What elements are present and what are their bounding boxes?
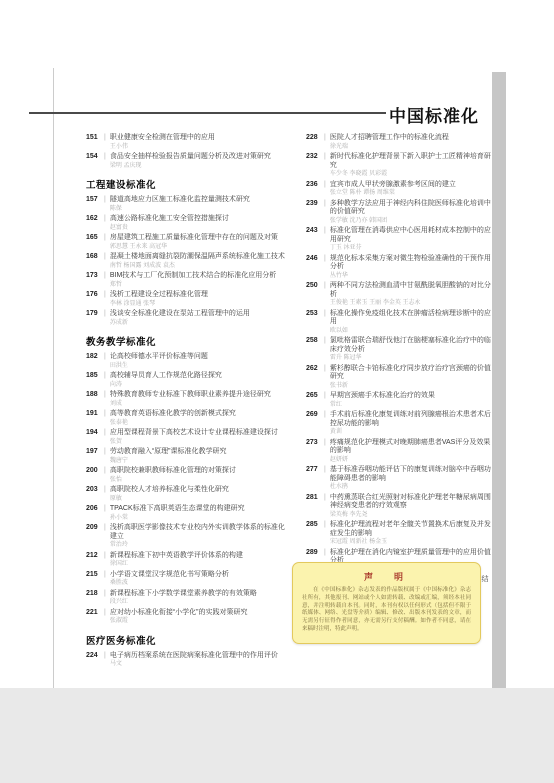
toc-item-title: 标准化护理流程对老年全髋关节置换术后康复及并发症发生的影响 (330, 521, 492, 538)
toc-item-body: 手术前后标准化康复训练对前列腺癌根治术患者术后控尿功能的影响 黄训 (330, 411, 492, 437)
toc-item-body: 紫杉醇联合卡铂标准化疗同步放疗治疗宫颈癌的价值研究 张书新 (330, 365, 492, 391)
toc-item-body: 小学语文课堂汉字规范化书写策略分析 桑胜波 (110, 571, 288, 588)
toc-item-title: 劳动教育融入“原理”课标准化教学研究 (110, 448, 288, 457)
toc-item-number: 243 (306, 227, 322, 253)
toc-item-title: 手术前后标准化康复训练对前列腺癌根治术患者术后控尿功能的影响 (330, 411, 492, 428)
toc-item: 262 | 紫杉醇联合卡铂标准化疗同步放疗治疗宫颈癌的价值研究 张书新 (306, 365, 492, 391)
toc-item-authors: 赵富贵 (110, 225, 288, 233)
journal-masthead: 中国标准化 (389, 102, 489, 127)
toc-item-authors: 赵妍妍 (330, 457, 492, 465)
toc-item-title: 应用型课程背景下高校艺术设计专业课程标准建设探讨 (110, 429, 288, 438)
toc-item-divider: | (104, 196, 106, 213)
toc-item-body: 论高校师德水平评价标准等问题 田洪生 (110, 353, 288, 370)
toc-item-title: 新课程标准下小学数学课堂素养教学的有效策略 (110, 590, 288, 599)
toc-item-number: 185 (86, 372, 102, 389)
toc-item-body: 高校辅导员育人工作规范化路径探究 向涛 (110, 372, 288, 389)
toc-item-body: 医院人才招聘管理工作中的标准化流程 徐光瑞 (330, 134, 492, 151)
toc-item-body: 疼痛规范化护理模式对晚期肺癌患者VAS评分及效果的影响 赵妍妍 (330, 439, 492, 465)
toc-item-number: 218 (86, 590, 102, 607)
toc-item-number: 188 (86, 391, 102, 408)
toc-item-authors: 张书新 (330, 383, 492, 391)
toc-item: 194 | 应用型课程背景下高校艺术设计专业课程标准建设探讨 张贺 (86, 429, 288, 446)
toc-item: 221 | 应对幼小标准化衔接“小学化”的实践对策研究 张淑霞 (86, 609, 288, 626)
toc-item-title: 标准化操作免疫组化技术在肿瘤活检病理诊断中的应用 (330, 310, 492, 327)
toc-item-body: 应对幼小标准化衔接“小学化”的实践对策研究 张淑霞 (110, 609, 288, 626)
toc-item-body: 浅析高职医学影像技术专业校内外实训教学体系的标准化建立 常治玲 (110, 524, 288, 550)
toc-item-title: 浅谈安全标准化建设在泵站工程管理中的运用 (110, 310, 288, 319)
toc-item: 162 | 高速公路标准化施工安全管控措施探讨 赵富贵 (86, 215, 288, 232)
toc-item-divider: | (104, 253, 106, 270)
toc-item: 197 | 劳动教育融入“原理”课标准化教学研究 魏唐宁 (86, 448, 288, 465)
toc-item-authors: 孙小棠 (110, 515, 288, 523)
toc-item-authors: 徐国红 (110, 561, 288, 569)
toc-item-title: 隧道高地应力区施工标准化监控量测技术研究 (110, 196, 288, 205)
toc-item-title: 标准化管理在消毒供应中心医用耗材成本控制中的应用研究 (330, 227, 492, 244)
toc-column-right: 228 | 医院人才招聘管理工作中的标准化流程 徐光瑞 232 | 新时代标准化… (306, 134, 492, 623)
toc-item: 228 | 医院人才招聘管理工作中的标准化流程 徐光瑞 (306, 134, 492, 151)
toc-item-title: 高速公路标准化施工安全管控措施探讨 (110, 215, 288, 224)
toc-item-divider: | (324, 466, 326, 492)
toc-item-authors: 向涛 (110, 382, 288, 390)
toc-item-number: 182 (86, 353, 102, 370)
toc-item-number: 258 (306, 337, 322, 363)
toc-item-authors: 张贺 (110, 439, 288, 447)
toc-item: 224 | 电子病历档案系统在医院病案标准化管理中的作用评价 马文 (86, 652, 288, 669)
toc-item: 218 | 新课程标准下小学数学课堂素养教学的有效策略 段兴红 (86, 590, 288, 607)
toc-item-authors: 常治玲 (110, 542, 288, 550)
toc-item-authors: 徐光瑞 (330, 144, 492, 152)
toc-item-title: 高职院校人才培养标准化与柔性化研究 (110, 486, 288, 495)
toc-item: 273 | 疼痛规范化护理模式对晚期肺癌患者VAS评分及效果的影响 赵妍妍 (306, 439, 492, 465)
journal-toc-page: 中国标准化 151 | 职业健康安全检测在管理中的应用 王小伟 154 | 食品… (0, 0, 554, 783)
toc-item: 206 | TPACK标准下高职英语生态课堂的构建研究 孙小棠 (86, 505, 288, 522)
toc-item-body: 标准化护理流程对老年全髋关节置换术后康复及并发症发生的影响 宋冠霞 周新社 杨金… (330, 521, 492, 547)
toc-item: 243 | 标准化管理在消毒供应中心医用耗材成本控制中的应用研究 丁玉 沐亚芬 (306, 227, 492, 253)
toc-item-authors: 张学敏 沈乃亦 韩国团 (330, 218, 492, 226)
toc-item-title: 新时代标准化护理背景下新入职护士工匠精神培育研究 (330, 153, 492, 170)
toc-item-authors: 李林 涂显通 张琴 (110, 301, 288, 309)
toc-item-title: 食品安全抽样检验报告质量问题分析及改进对策研究 (110, 153, 288, 162)
toc-item-divider: | (104, 505, 106, 522)
toc-item-divider: | (104, 410, 106, 427)
toc-item: 185 | 高校辅导员育人工作规范化路径探究 向涛 (86, 372, 288, 389)
toc-item-authors: 车少冬 李晓霞 贝彩霞 (330, 171, 492, 179)
toc-item-number: 269 (306, 411, 322, 437)
toc-item-number: 224 (86, 652, 102, 669)
toc-item-divider: | (104, 310, 106, 327)
toc-item-title: BIM技术与工厂化预制加工技术结合的标准化应用分析 (110, 272, 288, 281)
toc-item: 176 | 浅析工程建设全过程标准化管理 李林 涂显通 张琴 (86, 291, 288, 308)
copyright-statement-box: 声 明 在《中国标准化》杂志发表的作品版权属于《中国标准化》杂志社所有，其他报刊… (292, 562, 481, 644)
toc-item-divider: | (324, 282, 326, 308)
toc-item-body: 两种不同方法检测血清中甘氨酰脱氧胆酸钠的对比分析 王俊艳 王素玉 王丽 李金英 … (330, 282, 492, 308)
toc-item: 154 | 食品安全抽样检验报告质量问题分析及改进对策研究 梁明 孟庆现 (86, 153, 288, 170)
toc-item-title: 氯吡格雷联合瑞舒伐他汀在脑梗塞标准化治疗中的临床疗效分析 (330, 337, 492, 354)
toc-item: 165 | 房屋建筑工程施工质量标准化管理中存在的问题及对策 郭思慧 王永来 高… (86, 234, 288, 251)
toc-item-body: 新时代标准化护理背景下新入职护士工匠精神培育研究 车少冬 李晓霞 贝彩霞 (330, 153, 492, 179)
toc-item-number: 162 (86, 215, 102, 232)
toc-item-title: 职业健康安全检测在管理中的应用 (110, 134, 288, 143)
toc-item-body: 高速公路标准化施工安全管控措施探讨 赵富贵 (110, 215, 288, 232)
toc-item-number: 176 (86, 291, 102, 308)
toc-item-body: 高职院校人才培养标准化与柔性化研究 原敏 (110, 486, 288, 503)
toc-item: 182 | 论高校师德水平评价标准等问题 田洪生 (86, 353, 288, 370)
toc-item: 200 | 高职院校兼职教师标准化管理的对策探讨 张怡 (86, 467, 288, 484)
toc-item-title: 宜宾市成人甲状旁腺激素参考区间的建立 (330, 181, 492, 190)
toc-item-divider: | (324, 134, 326, 151)
toc-item-authors: 马文 (110, 661, 288, 669)
toc-item-divider: | (324, 411, 326, 437)
toc-item-authors: 张怡 (110, 477, 288, 485)
toc-item: 215 | 小学语文课堂汉字规范化书写策略分析 桑胜波 (86, 571, 288, 588)
toc-item-title: 紫杉醇联合卡铂标准化疗同步放疗治疗宫颈癌的价值研究 (330, 365, 492, 382)
toc-item-divider: | (104, 429, 106, 446)
toc-item-authors: 桑胜波 (110, 580, 288, 588)
toc-item-title: 早期宫颈癌手术标准化治疗的效果 (330, 392, 492, 401)
toc-item-number: 179 (86, 310, 102, 327)
toc-item-divider: | (104, 215, 106, 232)
toc-item-number: 253 (306, 310, 322, 336)
toc-item-number: 209 (86, 524, 102, 550)
toc-item-authors: 郭思慧 王永来 高冠华 (110, 244, 288, 252)
toc-item-number: 281 (306, 494, 322, 520)
toc-item-title: 浅析工程建设全过程标准化管理 (110, 291, 288, 300)
toc-item-number: 197 (86, 448, 102, 465)
toc-item-divider: | (324, 392, 326, 409)
toc-item-divider: | (324, 181, 326, 198)
toc-item: 239 | 多种教学方法应用于神经内科住院医师标准化培训中的价值研究 张学敏 沈… (306, 200, 492, 226)
toc-item-number: 194 (86, 429, 102, 446)
toc-item-number: 236 (306, 181, 322, 198)
toc-item-body: 高职院校兼职教师标准化管理的对策探讨 张怡 (110, 467, 288, 484)
toc-item-divider: | (104, 153, 106, 170)
toc-item-authors: 丁玉 沐亚芬 (330, 245, 492, 253)
toc-item-number: 262 (306, 365, 322, 391)
toc-item-number: 165 (86, 234, 102, 251)
toc-item-body: 中药熏蒸联合红光照射对标准化护理老年糖尿病周围神经病变患者的疗效观察 梁英梅 李… (330, 494, 492, 520)
toc-item: 203 | 高职院校人才培养标准化与柔性化研究 原敏 (86, 486, 288, 503)
toc-item: 188 | 特殊教育教师专业标准下教师职业素养提升途径研究 刘成 (86, 391, 288, 408)
toc-item-number: 232 (306, 153, 322, 179)
toc-item-title: 房屋建筑工程施工质量标准化管理中存在的问题及对策 (110, 234, 288, 243)
toc-item-title: 基于标准吞咽功能评估下的康复训练对脑卒中吞咽功能障碍患者的影响 (330, 466, 492, 483)
toc-item-body: 混凝土楼地面离缝抗裂防潮保温隔声系统标准化施工技术 南哲 杨国露 刘成波 袁杰 (110, 253, 288, 270)
toc-item-body: 浅谈安全标准化建设在泵站工程管理中的运用 苏成新 (110, 310, 288, 327)
toc-item: 157 | 隧道高地应力区施工标准化监控量测技术研究 陈保 (86, 196, 288, 213)
toc-item-title: 浅析高职医学影像技术专业校内外实训教学体系的标准化建立 (110, 524, 288, 541)
toc-item-divider: | (104, 486, 106, 503)
toc-item-divider: | (324, 310, 326, 336)
toc-item-title: 中药熏蒸联合红光照射对标准化护理老年糖尿病周围神经病变患者的疗效观察 (330, 494, 492, 511)
toc-item-number: 173 (86, 272, 102, 289)
toc-item-body: 早期宫颈癌手术标准化治疗的效果 常红 (330, 392, 492, 409)
toc-item-number: 154 (86, 153, 102, 170)
statement-title: 声 明 (302, 570, 471, 583)
toc-item: 191 | 高等教育英语标准化教学的创新模式探究 张泰艳 (86, 410, 288, 427)
toc-item-authors: 刘成 (110, 401, 288, 409)
toc-item-title: 电子病历档案系统在医院病案标准化管理中的作用评价 (110, 652, 288, 661)
toc-item-authors: 王小伟 (110, 144, 288, 152)
toc-item-divider: | (104, 448, 106, 465)
toc-item-number: 203 (86, 486, 102, 503)
toc-item-divider: | (324, 153, 326, 179)
toc-item-divider: | (104, 609, 106, 626)
toc-item-title: 多种教学方法应用于神经内科住院医师标准化培训中的价值研究 (330, 200, 492, 217)
toc-item-body: 应用型课程背景下高校艺术设计专业课程标准建设探讨 张贺 (110, 429, 288, 446)
toc-item-body: 规范化标本采集方案对微生物检验准确性的干预作用分析 丛竹华 (330, 255, 492, 281)
toc-item-body: BIM技术与工厂化预制加工技术结合的标准化应用分析 郑哲 (110, 272, 288, 289)
toc-item-divider: | (324, 521, 326, 547)
toc-item: 168 | 混凝土楼地面离缝抗裂防潮保温隔声系统标准化施工技术 南哲 杨国露 刘… (86, 253, 288, 270)
toc-item-title: 高职院校兼职教师标准化管理的对策探讨 (110, 467, 288, 476)
toc-item-number: 206 (86, 505, 102, 522)
toc-item: 232 | 新时代标准化护理背景下新入职护士工匠精神培育研究 车少冬 李晓霞 贝… (306, 153, 492, 179)
toc-item-authors: 黄训 (330, 429, 492, 437)
toc-item-body: 浅析工程建设全过程标准化管理 李林 涂显通 张琴 (110, 291, 288, 308)
toc-item-title: TPACK标准下高职英语生态课堂的构建研究 (110, 505, 288, 514)
toc-item-number: 221 (86, 609, 102, 626)
toc-item-divider: | (324, 494, 326, 520)
toc-item-body: TPACK标准下高职英语生态课堂的构建研究 孙小棠 (110, 505, 288, 522)
toc-item: 209 | 浅析高职医学影像技术专业校内外实训教学体系的标准化建立 常治玲 (86, 524, 288, 550)
toc-item-body: 新课程标准下小学数学课堂素养教学的有效策略 段兴红 (110, 590, 288, 607)
toc-item-number: 265 (306, 392, 322, 409)
toc-item-number: 168 (86, 253, 102, 270)
toc-item-divider: | (324, 337, 326, 363)
toc-item-divider: | (104, 372, 106, 389)
toc-item-number: 285 (306, 521, 322, 547)
toc-item-body: 标准化操作免疫组化技术在肿瘤活检病理诊断中的应用 欧以如 (330, 310, 492, 336)
toc-item-divider: | (324, 365, 326, 391)
statement-body: 在《中国标准化》杂志发表的作品版权属于《中国标准化》杂志社所有，其他报刊、网站或… (302, 587, 471, 634)
toc-section-heading: 工程建设标准化 (86, 180, 288, 192)
page-right-edge-bar (492, 72, 506, 688)
toc-item-authors: 田洪生 (110, 363, 288, 371)
toc-item-number: 250 (306, 282, 322, 308)
toc-item-authors: 王俊艳 王素玉 王丽 李金英 王志永 (330, 300, 492, 308)
toc-item-title: 新课程标准下初中英语教学评价体系的构建 (110, 552, 288, 561)
toc-item-body: 特殊教育教师专业标准下教师职业素养提升途径研究 刘成 (110, 391, 288, 408)
toc-item-number: 200 (86, 467, 102, 484)
masthead-rule (29, 112, 386, 114)
toc-item-title: 应对幼小标准化衔接“小学化”的实践对策研究 (110, 609, 288, 618)
toc-section-heading: 教务教学标准化 (86, 337, 288, 349)
toc-item-body: 房屋建筑工程施工质量标准化管理中存在的问题及对策 郭思慧 王永来 高冠华 (110, 234, 288, 251)
toc-item-authors: 郑哲 (110, 282, 288, 290)
toc-item-number: 157 (86, 196, 102, 213)
page-bottom-margin (0, 688, 554, 783)
toc-item-number: 273 (306, 439, 322, 465)
toc-item-authors: 张立堂 陈朴 谭扬 周维棠 (330, 190, 492, 198)
toc-item-number: 239 (306, 200, 322, 226)
toc-item: 277 | 基于标准吞咽功能评估下的康复训练对脑卒中吞咽功能障碍患者的影响 杜水… (306, 466, 492, 492)
toc-item-body: 宜宾市成人甲状旁腺激素参考区间的建立 张立堂 陈朴 谭扬 周维棠 (330, 181, 492, 198)
toc-item-number: 215 (86, 571, 102, 588)
toc-item: 212 | 新课程标准下初中英语教学评价体系的构建 徐国红 (86, 552, 288, 569)
toc-item-body: 职业健康安全检测在管理中的应用 王小伟 (110, 134, 288, 151)
toc-item-body: 高等教育英语标准化教学的创新模式探究 张泰艳 (110, 410, 288, 427)
toc-item-body: 劳动教育融入“原理”课标准化教学研究 魏唐宁 (110, 448, 288, 465)
toc-item-title: 疼痛规范化护理模式对晚期肺癌患者VAS评分及效果的影响 (330, 439, 492, 456)
toc-item-authors: 魏唐宁 (110, 458, 288, 466)
toc-item-number: 277 (306, 466, 322, 492)
toc-item-authors: 南哲 杨国露 刘成波 袁杰 (110, 263, 288, 271)
toc-item: 265 | 早期宫颈癌手术标准化治疗的效果 常红 (306, 392, 492, 409)
toc-item: 173 | BIM技术与工厂化预制加工技术结合的标准化应用分析 郑哲 (86, 272, 288, 289)
toc-item-divider: | (324, 200, 326, 226)
toc-item-body: 基于标准吞咽功能评估下的康复训练对脑卒中吞咽功能障碍患者的影响 杜水鹃 (330, 466, 492, 492)
toc-item-authors: 欧以如 (330, 328, 492, 336)
toc-item-authors: 张泰艳 (110, 420, 288, 428)
toc-item: 258 | 氯吡格雷联合瑞舒伐他汀在脑梗塞标准化治疗中的临床疗效分析 雷升 陈冠… (306, 337, 492, 363)
toc-item-divider: | (324, 439, 326, 465)
toc-item-divider: | (104, 134, 106, 151)
toc-item-title: 医院人才招聘管理工作中的标准化流程 (330, 134, 492, 143)
toc-item-divider: | (104, 467, 106, 484)
toc-column-left: 151 | 职业健康安全检测在管理中的应用 王小伟 154 | 食品安全抽样检验… (86, 134, 288, 671)
toc-item-title: 混凝土楼地面离缝抗裂防潮保温隔声系统标准化施工技术 (110, 253, 288, 262)
toc-item-body: 氯吡格雷联合瑞舒伐他汀在脑梗塞标准化治疗中的临床疗效分析 雷升 陈冠华 (330, 337, 492, 363)
toc-item-divider: | (104, 272, 106, 289)
toc-item-authors: 雷升 陈冠华 (330, 355, 492, 363)
toc-item-number: 212 (86, 552, 102, 569)
toc-item-body: 标准化管理在消毒供应中心医用耗材成本控制中的应用研究 丁玉 沐亚芬 (330, 227, 492, 253)
page-left-edge-line (53, 68, 54, 688)
toc-item-body: 隧道高地应力区施工标准化监控量测技术研究 陈保 (110, 196, 288, 213)
toc-item-number: 191 (86, 410, 102, 427)
toc-item-authors: 张淑霞 (110, 618, 288, 626)
toc-item: 269 | 手术前后标准化康复训练对前列腺癌根治术患者术后控尿功能的影响 黄训 (306, 411, 492, 437)
toc-item-title: 高等教育英语标准化教学的创新模式探究 (110, 410, 288, 419)
toc-item-divider: | (104, 353, 106, 370)
toc-item-divider: | (104, 291, 106, 308)
toc-item-number: 151 (86, 134, 102, 151)
toc-item-title: 论高校师德水平评价标准等问题 (110, 353, 288, 362)
toc-item-body: 多种教学方法应用于神经内科住院医师标准化培训中的价值研究 张学敏 沈乃亦 韩国团 (330, 200, 492, 226)
toc-item-divider: | (104, 590, 106, 607)
toc-item: 281 | 中药熏蒸联合红光照射对标准化护理老年糖尿病周围神经病变患者的疗效观察… (306, 494, 492, 520)
toc-item-title: 规范化标本采集方案对微生物检验准确性的干预作用分析 (330, 255, 492, 272)
toc-item-body: 新课程标准下初中英语教学评价体系的构建 徐国红 (110, 552, 288, 569)
toc-item-title: 两种不同方法检测血清中甘氨酰脱氧胆酸钠的对比分析 (330, 282, 492, 299)
toc-item-divider: | (104, 552, 106, 569)
toc-item-title: 高校辅导员育人工作规范化路径探究 (110, 372, 288, 381)
toc-item-body: 食品安全抽样检验报告质量问题分析及改进对策研究 梁明 孟庆现 (110, 153, 288, 170)
toc-item-divider: | (104, 391, 106, 408)
toc-item-authors: 苏成新 (110, 320, 288, 328)
toc-item-number: 246 (306, 255, 322, 281)
toc-item-authors: 梁英梅 李先尧 (330, 512, 492, 520)
toc-item-divider: | (104, 652, 106, 669)
toc-section-heading: 医疗医务标准化 (86, 636, 288, 648)
toc-item-authors: 段兴红 (110, 599, 288, 607)
toc-item: 246 | 规范化标本采集方案对微生物检验准确性的干预作用分析 丛竹华 (306, 255, 492, 281)
toc-item-body: 电子病历档案系统在医院病案标准化管理中的作用评价 马文 (110, 652, 288, 669)
toc-item-divider: | (104, 524, 106, 550)
toc-item-divider: | (324, 227, 326, 253)
toc-item-authors: 梁明 孟庆现 (110, 163, 288, 171)
toc-item: 285 | 标准化护理流程对老年全髋关节置换术后康复及并发症发生的影响 宋冠霞 … (306, 521, 492, 547)
toc-item: 250 | 两种不同方法检测血清中甘氨酰脱氧胆酸钠的对比分析 王俊艳 王素玉 王… (306, 282, 492, 308)
toc-item: 179 | 浅谈安全标准化建设在泵站工程管理中的运用 苏成新 (86, 310, 288, 327)
toc-item-divider: | (324, 255, 326, 281)
toc-item-authors: 常红 (330, 402, 492, 410)
toc-item-divider: | (104, 234, 106, 251)
toc-item-authors: 宋冠霞 周新社 杨金玉 (330, 539, 492, 547)
toc-item: 236 | 宜宾市成人甲状旁腺激素参考区间的建立 张立堂 陈朴 谭扬 周维棠 (306, 181, 492, 198)
toc-item: 253 | 标准化操作免疫组化技术在肿瘤活检病理诊断中的应用 欧以如 (306, 310, 492, 336)
toc-item-authors: 原敏 (110, 496, 288, 504)
toc-item-authors: 杜水鹃 (330, 484, 492, 492)
toc-item-divider: | (104, 571, 106, 588)
toc-item-number: 228 (306, 134, 322, 151)
toc-item-title: 小学语文课堂汉字规范化书写策略分析 (110, 571, 288, 580)
toc-item: 151 | 职业健康安全检测在管理中的应用 王小伟 (86, 134, 288, 151)
toc-item-authors: 丛竹华 (330, 273, 492, 281)
toc-item-title: 特殊教育教师专业标准下教师职业素养提升途径研究 (110, 391, 288, 400)
toc-item-authors: 陈保 (110, 206, 288, 214)
